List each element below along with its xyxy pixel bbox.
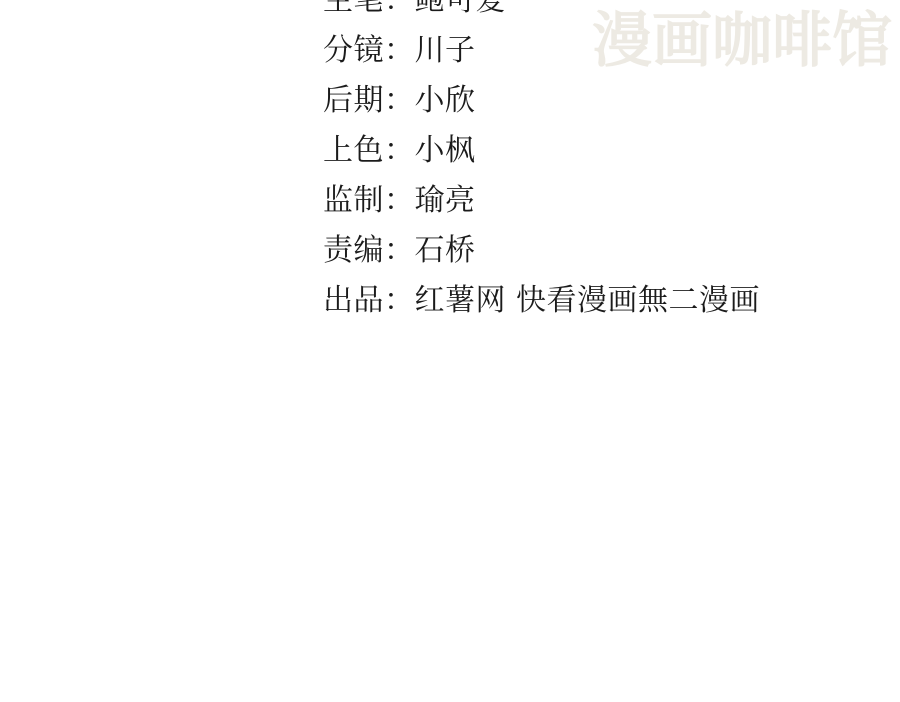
credit-row-coloring: 上色：小枫 [323,126,760,176]
credit-role-label: 上色： [323,133,415,168]
credit-row-postproduction: 后期：小欣 [323,76,760,126]
credit-row-supervisor: 监制：瑜亮 [323,176,760,226]
credit-name: 小枫 [415,133,476,168]
credit-role-label: 后期： [323,83,415,118]
credit-name: 小欣 [415,83,476,118]
credit-name: 红薯网 快看漫画無二漫画 [415,283,761,318]
credit-role-label: 责编： [323,233,415,268]
credit-role-label: 出品： [323,283,415,318]
credit-role-label: 主笔： [323,0,415,18]
credit-name: 石桥 [415,233,476,268]
credit-name: 瑜亮 [415,183,476,218]
credits-list: 主笔：鲍可爱 分镜：川子 后期：小欣 上色：小枫 监制：瑜亮 责编：石桥 出品：… [323,0,760,326]
credit-name: 鲍可爱 [415,0,507,18]
credit-row-main-artist: 主笔：鲍可爱 [323,0,760,26]
credit-row-producer: 出品：红薯网 快看漫画無二漫画 [323,276,760,326]
credit-name: 川子 [415,33,476,68]
credit-row-editor: 责编：石桥 [323,226,760,276]
credit-role-label: 分镜： [323,33,415,68]
credit-row-storyboard: 分镜：川子 [323,26,760,76]
credit-role-label: 监制： [323,183,415,218]
